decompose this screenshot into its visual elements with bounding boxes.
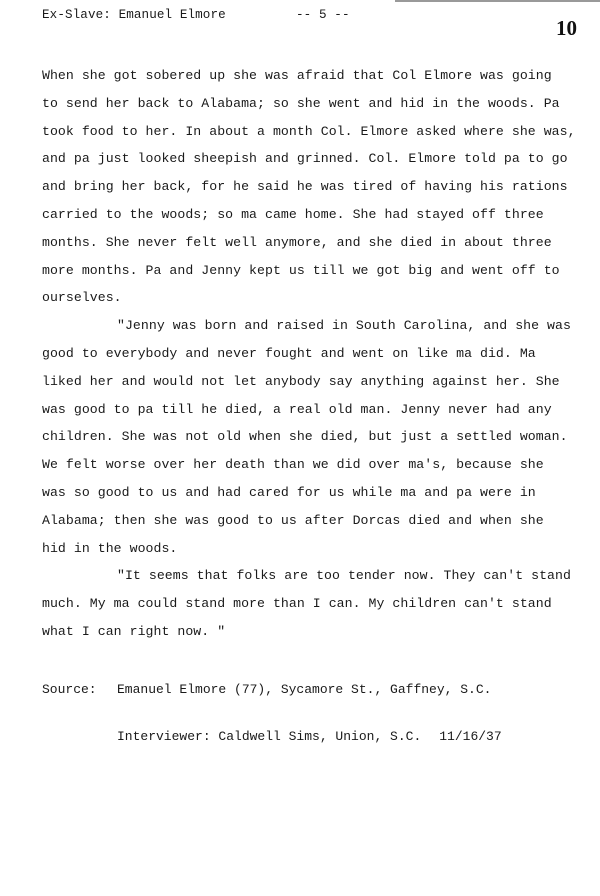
source-value: Emanuel Elmore (77), Sycamore St., Gaffn… <box>117 682 491 698</box>
text-line: children. She was not old when she died,… <box>42 427 582 455</box>
text-line: much. My ma could stand more than I can.… <box>42 594 582 622</box>
scan-edge-mark <box>395 0 600 2</box>
text-line: more months. Pa and Jenny kept us till w… <box>42 261 582 289</box>
text-line: months. She never felt well anymore, and… <box>42 233 582 261</box>
text-line: what I can right now. " <box>42 622 582 650</box>
text-line: was good to pa till he died, a real old … <box>42 400 582 428</box>
text-line: liked her and would not let anybody say … <box>42 372 582 400</box>
text-line: carried to the woods; so ma came home. S… <box>42 205 582 233</box>
page-marker: -- 5 -- <box>296 8 350 22</box>
text-line: ourselves. <box>42 288 582 316</box>
text-line: "Jenny was born and raised in South Caro… <box>42 316 582 344</box>
document-body: When she got sobered up she was afraid t… <box>42 66 582 650</box>
running-header-title: Ex-Slave: Emanuel Elmore <box>42 8 226 22</box>
interviewer: Interviewer: Caldwell Sims, Union, S.C. <box>117 729 421 745</box>
paragraph-3: "It seems that folks are too tender now.… <box>42 566 582 649</box>
page-number: 10 <box>556 16 577 41</box>
text-line: and pa just looked sheepish and grinned.… <box>42 149 582 177</box>
paragraph-2: "Jenny was born and raised in South Caro… <box>42 316 582 566</box>
interview-date: 11/16/37 <box>439 729 501 745</box>
source-label: Source: <box>42 682 117 698</box>
text-line: was so good to us and had cared for us w… <box>42 483 582 511</box>
text-line: good to everybody and never fought and w… <box>42 344 582 372</box>
text-line: We felt worse over her death than we did… <box>42 455 582 483</box>
source-citation: Source: Emanuel Elmore (77), Sycamore St… <box>42 651 502 775</box>
text-line: Alabama; then she was good to us after D… <box>42 511 582 539</box>
text-line: and bring her back, for he said he was t… <box>42 177 582 205</box>
text-line: hid in the woods. <box>42 539 582 567</box>
text-line: took food to her. In about a month Col. … <box>42 122 582 150</box>
paragraph-1: When she got sobered up she was afraid t… <box>42 66 582 316</box>
text-line: "It seems that folks are too tender now.… <box>42 566 582 594</box>
document-page: Ex-Slave: Emanuel Elmore -- 5 -- 10 When… <box>0 0 600 896</box>
text-line: to send her back to Alabama; so she went… <box>42 94 582 122</box>
text-line: When she got sobered up she was afraid t… <box>42 66 582 94</box>
